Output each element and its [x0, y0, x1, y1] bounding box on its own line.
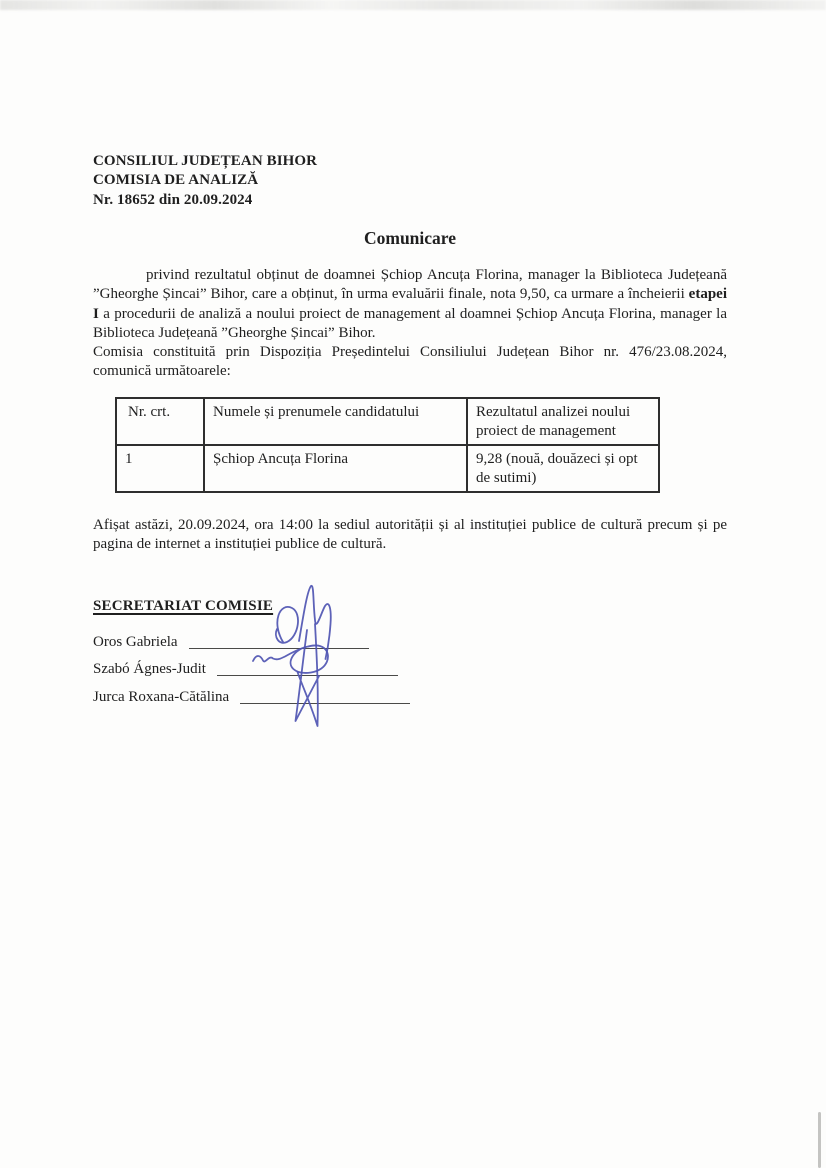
signatory-name: Jurca Roxana-Cătălina	[93, 689, 229, 707]
signatory-row: Jurca Roxana-Cătălina	[93, 679, 410, 707]
signature-line	[217, 675, 398, 676]
signatory-name: Szabó Ágnes-Judit	[93, 661, 206, 679]
letterhead: CONSILIUL JUDEȚEAN BIHOR COMISIA DE ANAL…	[93, 152, 317, 210]
table-row: 1 Șchiop Ancuța Florina 9,28 (nouă, două…	[116, 445, 659, 492]
signature-line	[189, 648, 369, 649]
signatory-row: Oros Gabriela	[93, 624, 410, 652]
intro-paragraph: privind rezultatul obținut de doamnei Șc…	[93, 266, 727, 343]
organization-name: CONSILIUL JUDEȚEAN BIHOR	[93, 152, 317, 171]
col-header-result: Rezultatul analizei noului proiect de ma…	[467, 398, 659, 445]
body-text: privind rezultatul obținut de doamnei Șc…	[93, 266, 727, 382]
cell-candidate-name: Șchiop Ancuța Florina	[204, 445, 467, 492]
commission-name: COMISIA DE ANALIZĂ	[93, 171, 317, 190]
signatory-row: Szabó Ágnes-Judit	[93, 652, 410, 680]
intro-paragraph-part1: privind rezultatul obținut de doamnei Șc…	[93, 267, 727, 302]
scan-artifact-right-edge	[818, 1112, 821, 1168]
signature-rows: Oros Gabriela Szabó Ágnes-Judit Jurca Ro…	[93, 624, 410, 707]
signatory-name: Oros Gabriela	[93, 634, 178, 652]
registration-number: Nr. 18652 din 20.09.2024	[93, 191, 317, 210]
secretariat-heading: SECRETARIAT COMISIE	[93, 598, 273, 615]
posted-notice-paragraph: Afișat astăzi, 20.09.2024, ora 14:00 la …	[93, 516, 727, 555]
scan-artifact-top	[0, 0, 826, 10]
cell-row-number: 1	[116, 445, 204, 492]
document-page: CONSILIUL JUDEȚEAN BIHOR COMISIA DE ANAL…	[0, 0, 826, 1168]
commission-paragraph: Comisia constituită prin Dispoziția Preș…	[93, 343, 727, 382]
table-header-row: Nr. crt. Numele și prenumele candidatulu…	[116, 398, 659, 445]
results-table: Nr. crt. Numele și prenumele candidatulu…	[115, 397, 660, 493]
signature-line	[240, 703, 410, 704]
cell-result-score: 9,28 (nouă, douăzeci și opt de sutimi)	[467, 445, 659, 492]
col-header-nr: Nr. crt.	[116, 398, 204, 445]
col-header-name: Numele și prenumele candidatului	[204, 398, 467, 445]
document-title: Comunicare	[93, 228, 727, 249]
intro-paragraph-part2: a procedurii de analiză a noului proiect…	[93, 306, 727, 341]
